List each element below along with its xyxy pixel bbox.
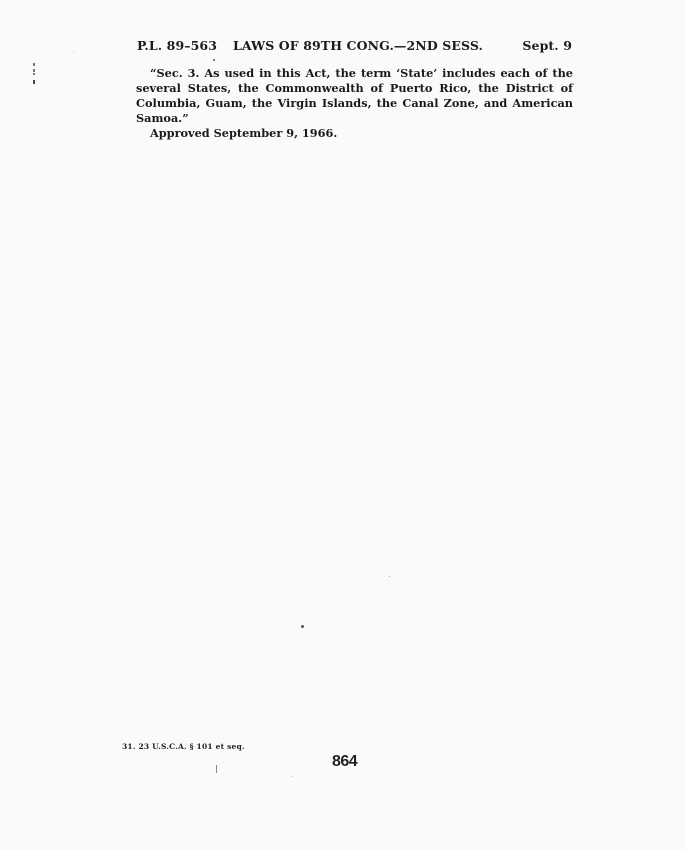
running-head-title: LAWS OF 89TH CONG.—2ND SESS.	[233, 38, 483, 53]
section-3-paragraph: “Sec. 3. As used in this Act, the term ‘…	[136, 66, 573, 126]
document-page: P.L. 89–563 LAWS OF 89TH CONG.—2ND SESS.…	[0, 0, 685, 850]
scan-margin-mark	[33, 80, 35, 84]
scan-margin-mark	[33, 63, 35, 66]
scan-speck	[389, 576, 390, 577]
public-law-number: P.L. 89–563	[137, 38, 217, 53]
scan-speck	[73, 52, 74, 53]
body-text: “Sec. 3. As used in this Act, the term ‘…	[136, 66, 573, 141]
approval-line: Approved September 9, 1966.	[136, 126, 573, 141]
scan-speck	[292, 776, 293, 777]
running-head-date: Sept. 9	[522, 38, 572, 53]
scan-speck	[213, 59, 215, 61]
scan-speck	[301, 625, 304, 628]
scan-margin-mark	[33, 73, 35, 75]
scan-margin-mark	[216, 765, 217, 773]
scan-margin-mark	[33, 69, 35, 72]
page-number: 864	[332, 753, 357, 771]
footnote: 31. 23 U.S.C.A. § 101 et seq.	[122, 742, 245, 751]
